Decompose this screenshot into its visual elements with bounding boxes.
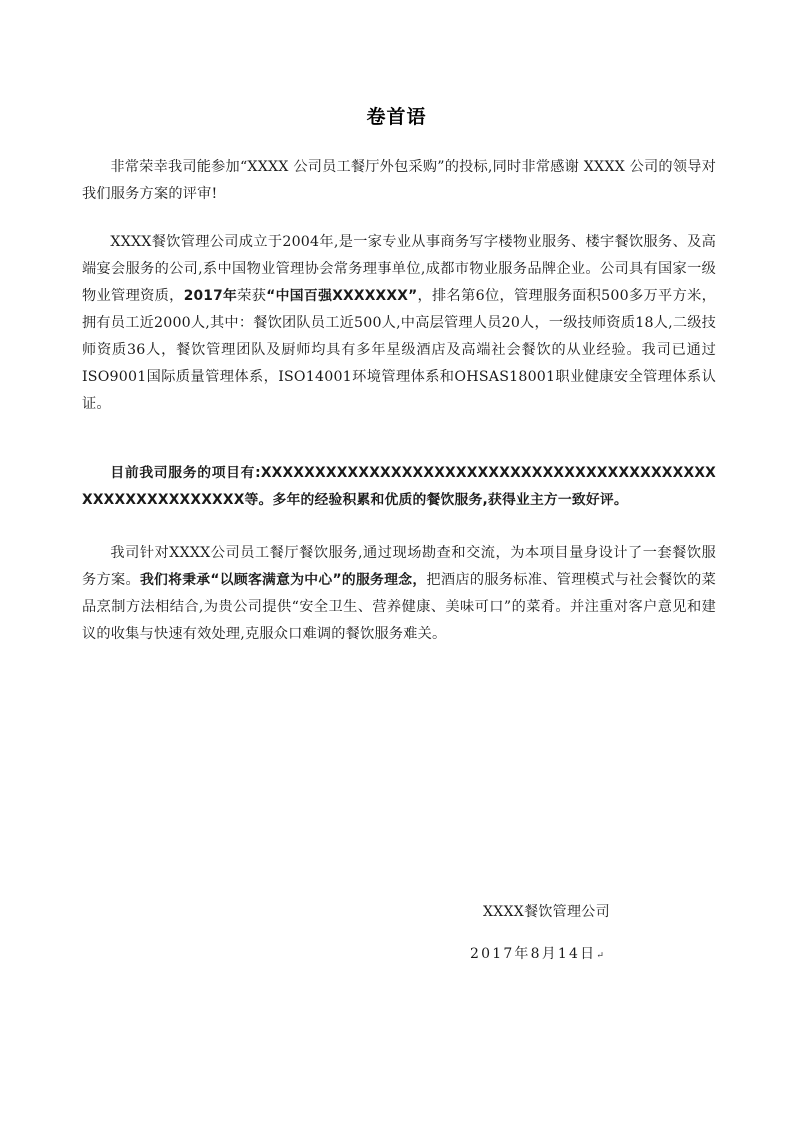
signature-company: XXXX餐饮管理公司: [483, 901, 610, 921]
paragraph-text: 非常荣幸我司能参加“XXXX 公司员工餐厅外包采购”的投标,同时非常感谢 XXX…: [82, 159, 716, 202]
paragraph-text: ，排名第6位，管理服务面积500多万平方米，拥有员工近2000人,其中：餐饮团队…: [82, 288, 716, 412]
highlight-award: “中国百强XXXXXXX”: [266, 288, 417, 304]
signature-date-line: 2017年8月14日↵: [470, 943, 604, 963]
signature-date: 2017年8月14日: [470, 946, 596, 962]
document-title: 卷首语: [0, 102, 793, 129]
highlight-year: 2017年: [184, 288, 237, 304]
paragraph-text-bold: 目前我司服务的项目有:XXXXXXXXXXXXXXXXXXXXXXXXXXXXX…: [82, 465, 716, 508]
paragraph-current-projects: 目前我司服务的项目有:XXXXXXXXXXXXXXXXXXXXXXXXXXXXX…: [82, 460, 716, 514]
paragraph-mark-icon: ↵: [596, 951, 604, 961]
document-page: 卷首语 非常荣幸我司能参加“XXXX 公司员工餐厅外包采购”的投标,同时非常感谢…: [0, 0, 793, 1122]
paragraph-intro: 非常荣幸我司能参加“XXXX 公司员工餐厅外包采购”的投标,同时非常感谢 XXX…: [82, 154, 716, 208]
paragraph-text: 荣获: [237, 288, 266, 304]
paragraph-service-plan: 我司针对XXXX公司员工餐厅餐饮服务,通过现场勘查和交流，为本项目量身设计了一套…: [82, 540, 716, 648]
highlight-service-philosophy: 我们将秉承“以顾客满意为中心”的服务理念，: [140, 572, 426, 588]
paragraph-company-profile: XXXX餐饮管理公司成立于2004年,是一家专业从事商务写字楼物业服务、楼宇餐饮…: [82, 229, 716, 418]
